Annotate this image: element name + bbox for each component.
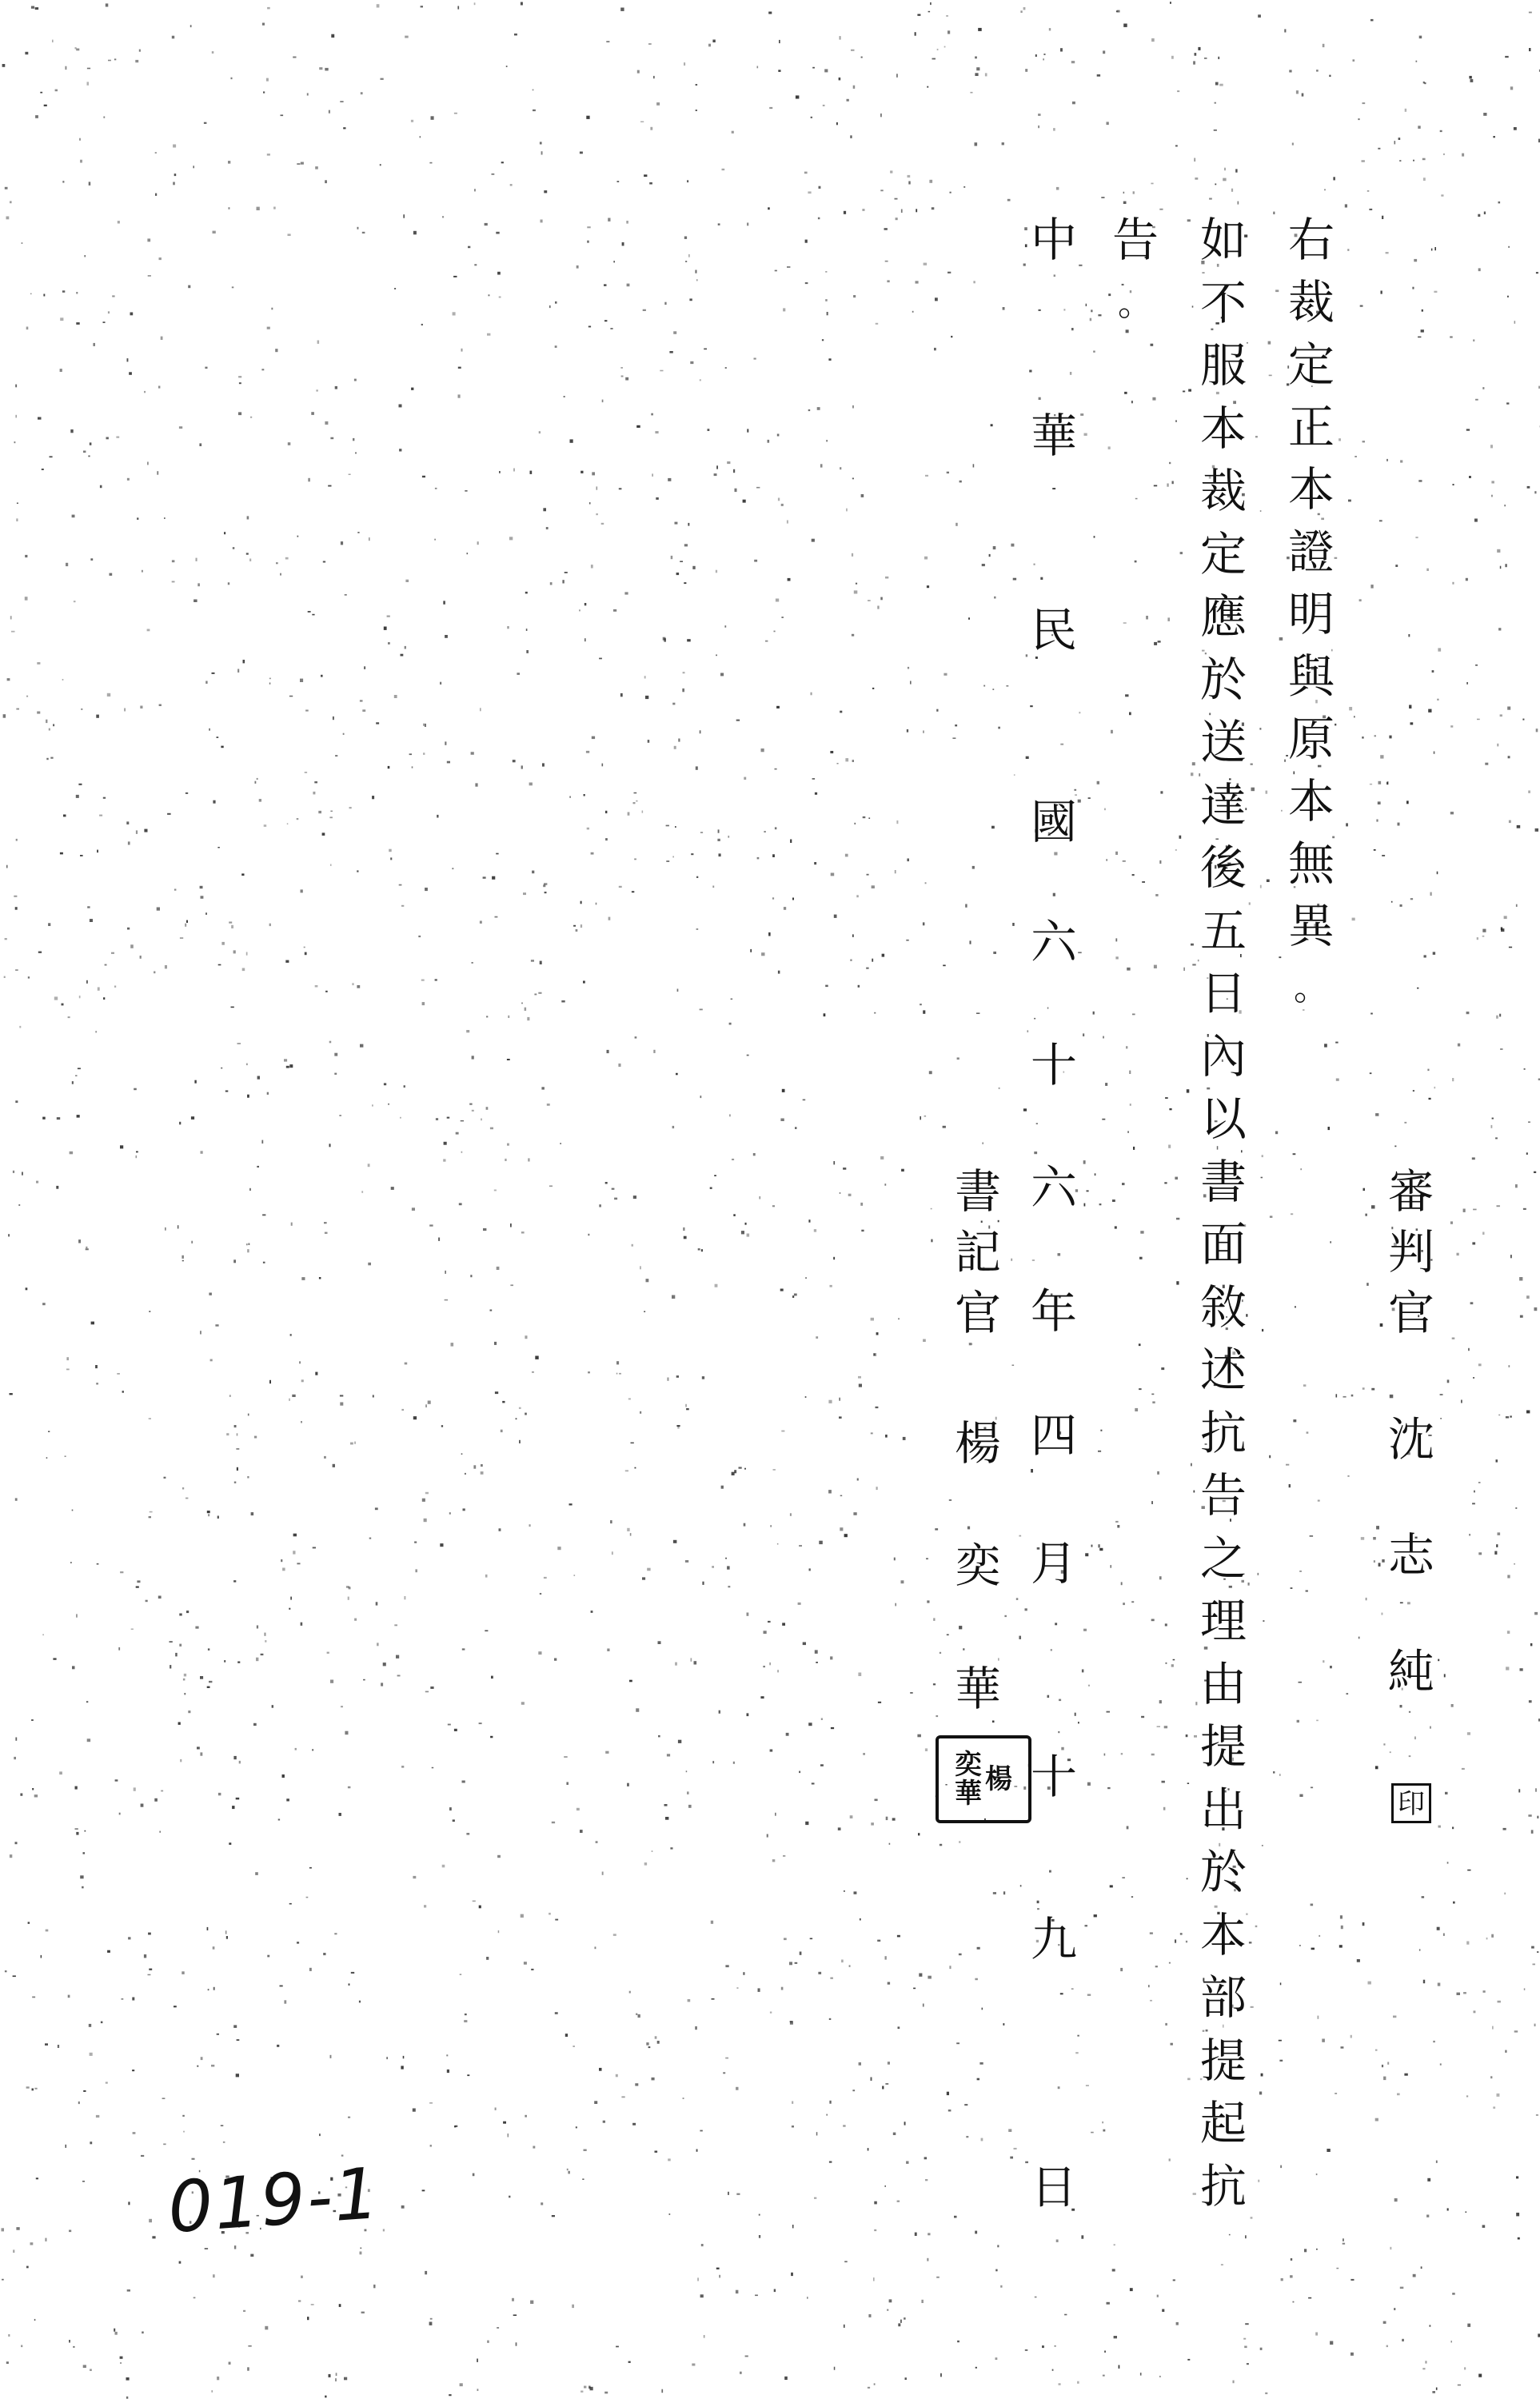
char: 提 bbox=[1187, 2033, 1259, 2089]
char: 日 bbox=[1187, 965, 1259, 1021]
period-mark: 。 bbox=[1099, 276, 1171, 332]
scanned-document-page: 右 裁 定 正 本 證 明 與 原 本 無 異 。 審 判 官 沈 志 純 印 … bbox=[0, 0, 1540, 2399]
char: 抗 bbox=[1187, 2158, 1259, 2214]
char: 證 bbox=[1275, 524, 1347, 580]
date-char: 國 bbox=[1018, 794, 1090, 850]
char: 出 bbox=[1187, 1782, 1259, 1838]
seal-column: 奕 華 bbox=[955, 1750, 982, 1808]
judge-seal-mark: 印 bbox=[1391, 1783, 1431, 1823]
char: 五 bbox=[1187, 903, 1259, 959]
char: 面 bbox=[1187, 1216, 1259, 1272]
char: 內 bbox=[1187, 1028, 1259, 1084]
char: 本 bbox=[1187, 401, 1259, 457]
char: 後 bbox=[1187, 840, 1259, 896]
date-char: 十 bbox=[1018, 1037, 1090, 1093]
judge-title-char: 審 bbox=[1375, 1164, 1447, 1219]
char: 右 bbox=[1275, 212, 1347, 268]
judge-title-char: 官 bbox=[1375, 1285, 1447, 1341]
char: 由 bbox=[1187, 1656, 1259, 1712]
char: 原 bbox=[1275, 711, 1347, 767]
date-char: 九 bbox=[1018, 1911, 1090, 1967]
char: 服 bbox=[1187, 337, 1259, 393]
char: 於 bbox=[1187, 1844, 1259, 1900]
char: 本 bbox=[1187, 1907, 1259, 1963]
char: 定 bbox=[1187, 526, 1259, 582]
char: 告 bbox=[1099, 212, 1171, 268]
char: 以 bbox=[1187, 1091, 1259, 1147]
date-char: 六 bbox=[1018, 914, 1090, 970]
seal-column: 楊 bbox=[985, 1765, 1012, 1794]
char: 異 bbox=[1275, 898, 1347, 954]
char: 本 bbox=[1275, 461, 1347, 517]
clerk-seal-stamp: 楊 奕 華 bbox=[936, 1735, 1031, 1823]
char: 於 bbox=[1187, 652, 1259, 708]
char: 如 bbox=[1187, 212, 1259, 268]
date-char: 民 bbox=[1018, 602, 1090, 658]
char: 裁 bbox=[1187, 463, 1259, 519]
char: 之 bbox=[1187, 1531, 1259, 1587]
date-char: 中 bbox=[1018, 212, 1090, 268]
handwritten-page-number: 019-1 bbox=[166, 2152, 383, 2249]
char: 理 bbox=[1187, 1593, 1259, 1649]
char: 達 bbox=[1187, 777, 1259, 833]
char: 與 bbox=[1275, 649, 1347, 705]
char: 抗 bbox=[1187, 1405, 1259, 1461]
date-char: 六 bbox=[1018, 1160, 1090, 1215]
char: 部 bbox=[1187, 1970, 1259, 2026]
char: 告 bbox=[1187, 1467, 1259, 1523]
clerk-name-char: 楊 bbox=[942, 1415, 1014, 1471]
char: 起 bbox=[1187, 2095, 1259, 2151]
char: 明 bbox=[1275, 586, 1347, 642]
judge-name-char: 沈 bbox=[1375, 1411, 1447, 1467]
seal-char: 奕 bbox=[955, 1750, 982, 1779]
char: 無 bbox=[1275, 836, 1347, 892]
clerk-title-char: 官 bbox=[942, 1285, 1014, 1341]
date-char: 年 bbox=[1018, 1283, 1090, 1339]
char: 送 bbox=[1187, 714, 1259, 770]
date-char: 月 bbox=[1018, 1535, 1090, 1591]
char: 定 bbox=[1275, 337, 1347, 393]
clerk-title-char: 書 bbox=[942, 1164, 1014, 1219]
char: 裁 bbox=[1275, 274, 1347, 330]
char: 正 bbox=[1275, 399, 1347, 455]
clerk-name-char: 華 bbox=[942, 1661, 1014, 1717]
char: 書 bbox=[1187, 1154, 1259, 1210]
judge-name-char: 純 bbox=[1375, 1643, 1447, 1699]
char: 敘 bbox=[1187, 1279, 1259, 1335]
date-char: 四 bbox=[1018, 1407, 1090, 1463]
char: 述 bbox=[1187, 1342, 1259, 1398]
char: 提 bbox=[1187, 1718, 1259, 1774]
char: 本 bbox=[1275, 773, 1347, 829]
char: 應 bbox=[1187, 589, 1259, 645]
judge-name-char: 志 bbox=[1375, 1527, 1447, 1583]
char: 不 bbox=[1187, 275, 1259, 331]
clerk-title-char: 記 bbox=[942, 1224, 1014, 1280]
period-mark: 。 bbox=[1275, 960, 1347, 1016]
seal-char: 華 bbox=[955, 1779, 982, 1808]
date-char: 日 bbox=[1018, 2159, 1090, 2215]
clerk-name-char: 奕 bbox=[942, 1538, 1014, 1594]
judge-title-char: 判 bbox=[1375, 1224, 1447, 1280]
date-char: 華 bbox=[1018, 408, 1090, 464]
seal-char: 楊 bbox=[985, 1765, 1012, 1794]
